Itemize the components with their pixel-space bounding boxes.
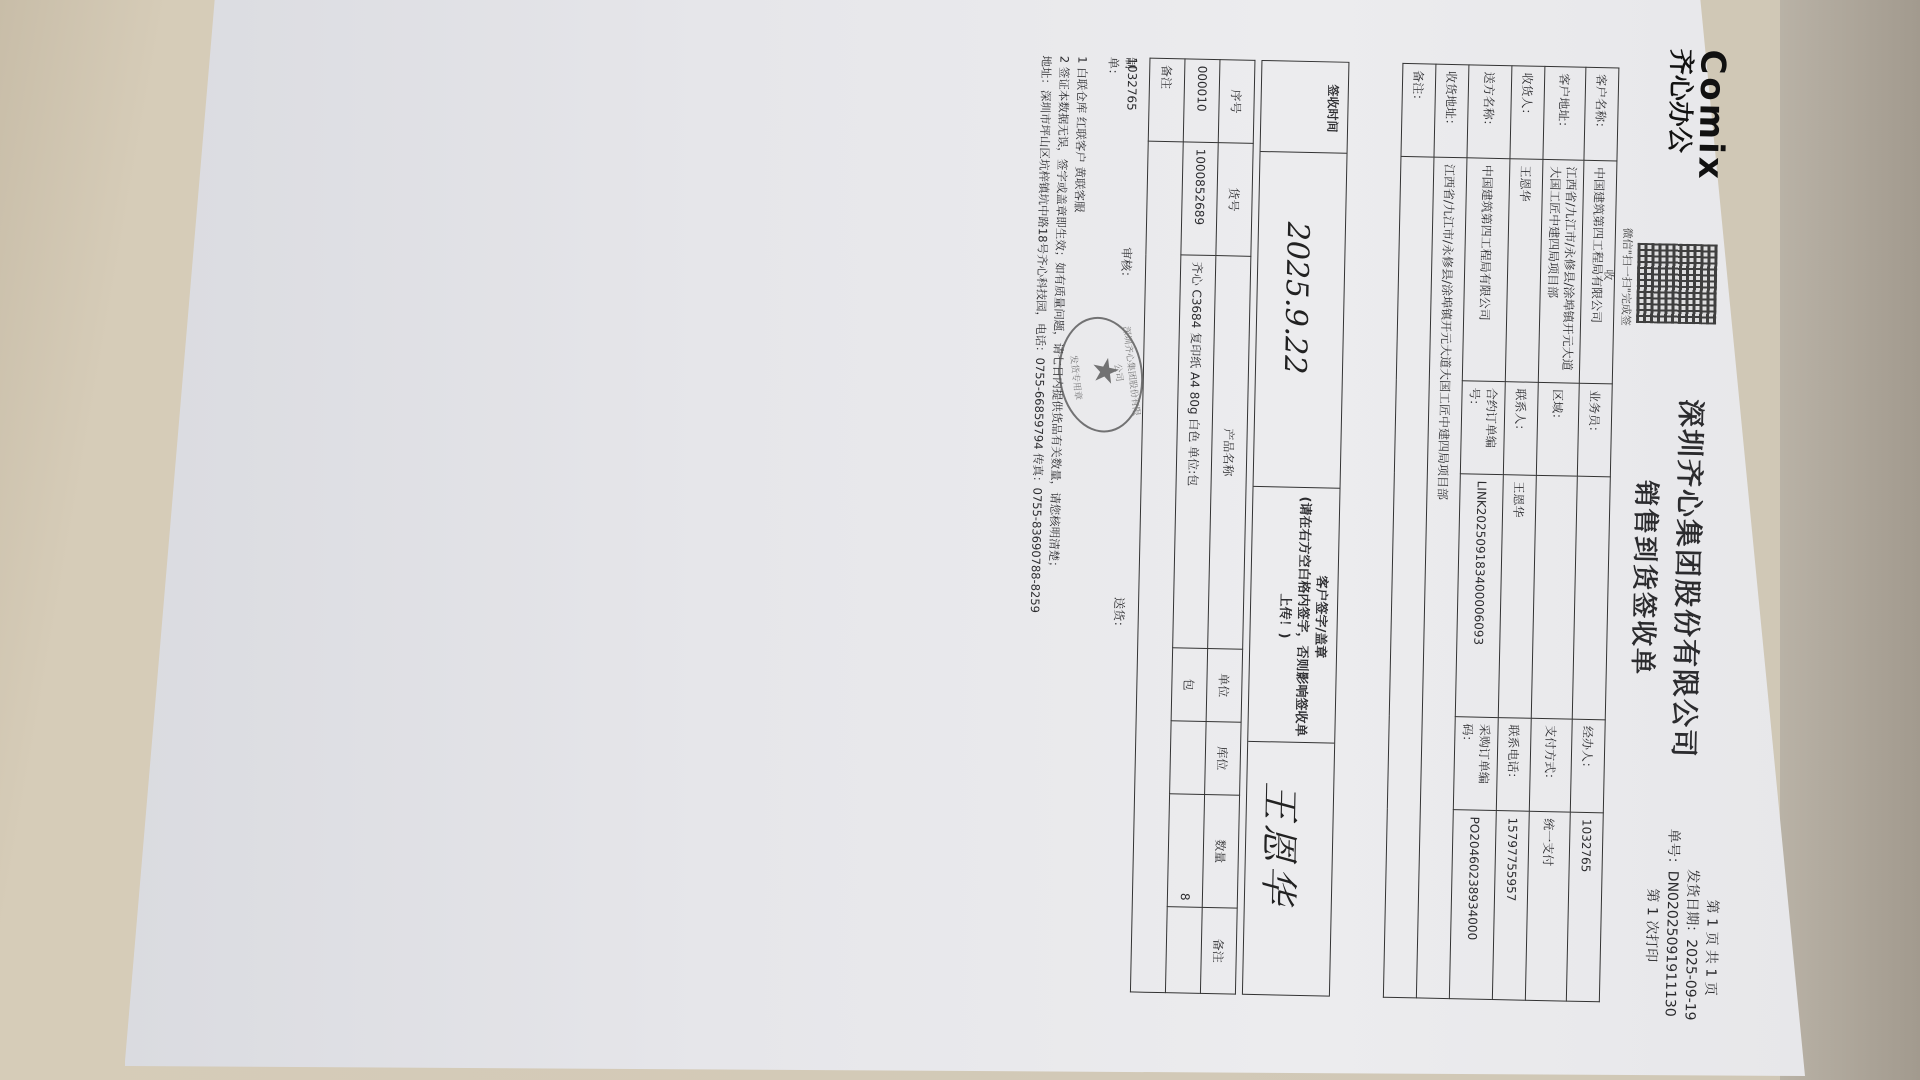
- payment-value: 统一支付: [1525, 811, 1570, 1001]
- doc-number-value: DN02025091911130: [1662, 871, 1681, 1017]
- auditor-label: 审核：: [1118, 247, 1136, 283]
- contact-label: 联系人：: [1503, 382, 1538, 476]
- salesperson-label: 业务员：: [1577, 383, 1612, 477]
- po-no-label: 采购订单编码：: [1453, 717, 1498, 811]
- signature-prompt-note: (请在右方空白格内签字，否则影响签收单上传！): [1272, 493, 1313, 739]
- company-name: 深圳齐心集团股份有限公司: [1665, 379, 1713, 780]
- maker-value: 1032765: [1124, 57, 1139, 111]
- col-header-quantity: 数量: [1202, 794, 1239, 908]
- sign-time-label: 签收时间: [1324, 68, 1343, 148]
- remarks-label: 备注：: [1401, 63, 1436, 157]
- col-header-sku: 货号: [1216, 143, 1253, 257]
- contract-no-value: LINK202509183400006093: [1455, 474, 1503, 718]
- logo-text-en: Comix: [1693, 49, 1730, 182]
- document-meta: 第 1 页 共 1 页 发货日期：2025-09-19 单号：DN0202509…: [1639, 828, 1723, 1021]
- phone-value: 15797755957: [1492, 811, 1529, 1001]
- po-no-value: PO20460238934000: [1449, 810, 1496, 1000]
- col-header-location: 库位: [1205, 721, 1242, 795]
- delivery-address-label: 收货地址：: [1434, 64, 1469, 158]
- divider: [1254, 486, 1340, 489]
- signature-section: 签收时间 2025.9.22 客户签字/盖章 (请在右方空白格内签字，否则影响签…: [1242, 60, 1350, 997]
- receiver-label: 收货人：: [1510, 66, 1545, 160]
- page-indicator: 第 1 页 共 1 页: [1699, 829, 1723, 1021]
- divider: [1261, 151, 1347, 154]
- item-unit: 包: [1171, 648, 1208, 722]
- ship-to-value: 中国建筑第四工程局有限公司: [1462, 158, 1510, 382]
- desk-background: [1780, 0, 1920, 1080]
- ship-date-value: 2025-09-19: [1681, 939, 1699, 1021]
- col-header-seq: 序号: [1218, 60, 1255, 144]
- handwritten-signature: 王恩华: [1254, 781, 1312, 908]
- region-value: [1531, 475, 1577, 719]
- items-table: 序号 货号 产品名称 单位 库位 数量 备注 000010 1000852689…: [1130, 58, 1256, 995]
- qr-code-icon: [1636, 243, 1718, 325]
- customer-address-value: 江西省/九江市/永修县/涂埠镇开元大道大国工匠中建四局项目部: [1538, 159, 1584, 383]
- contact-value: 王恩华: [1498, 475, 1536, 719]
- phone-label: 联系电话：: [1496, 718, 1531, 812]
- delivery-receipt-document: Comix 齐心办公 微信"扫一扫"完成签 收 深圳齐心集团股份有限公司 销售到…: [920, 23, 1740, 1020]
- handler-label: 经办人：: [1570, 719, 1605, 813]
- doc-number-label: 单号：: [1665, 829, 1682, 871]
- ship-date: 发货日期：2025-09-19: [1679, 829, 1703, 1021]
- payment-label: 支付方式：: [1529, 718, 1572, 812]
- item-seq: 000010: [1183, 59, 1220, 143]
- item-quantity: 8: [1167, 794, 1204, 908]
- customer-name-label: 客户名称：: [1584, 67, 1619, 161]
- document-title: 深圳齐心集团股份有限公司 销售到货签收单: [1624, 378, 1713, 780]
- item-sku: 1000852689: [1181, 142, 1218, 256]
- items-footer-label: 备注: [1148, 58, 1185, 142]
- customer-name-value: 中国建筑第四工程局有限公司: [1579, 160, 1617, 384]
- signature-prompt: 客户签字/盖章 (请在右方空白格内签字，否则影响签收单上传！): [1272, 493, 1331, 739]
- col-header-remarks: 备注: [1200, 907, 1237, 994]
- handwritten-sign-date: 2025.9.22: [1277, 221, 1315, 374]
- item-remarks: [1165, 907, 1202, 994]
- delivery-label: 送货：: [1110, 597, 1128, 633]
- doc-number: 单号：DN02025091911130: [1659, 829, 1683, 1021]
- star-icon: ★: [1087, 354, 1124, 388]
- qr-caption: 微信"扫一扫"完成签: [1618, 228, 1637, 348]
- customer-info-table: 客户名称： 中国建筑第四工程局有限公司 业务员： 经办人： 1032765 客户…: [1383, 63, 1620, 1002]
- item-location: [1170, 721, 1207, 795]
- region-label: 区域：: [1536, 382, 1579, 476]
- receiver-value: 王恩华: [1505, 159, 1543, 383]
- comix-logo: Comix 齐心办公: [1663, 48, 1730, 182]
- col-header-unit: 单位: [1206, 648, 1243, 722]
- divider: [1248, 741, 1334, 744]
- ship-date-label: 发货日期：: [1683, 869, 1700, 939]
- form-title: 销售到货签收单: [1624, 378, 1669, 779]
- contract-no-label: 合约订单编号：: [1460, 381, 1505, 475]
- salesperson-value: [1572, 476, 1610, 720]
- stamp-bottom-text: 发货专用章: [1066, 339, 1088, 416]
- customer-address-label: 客户地址：: [1543, 66, 1586, 160]
- handler-value: 1032765: [1566, 812, 1603, 1002]
- ship-to-label: 送方名称：: [1467, 65, 1512, 159]
